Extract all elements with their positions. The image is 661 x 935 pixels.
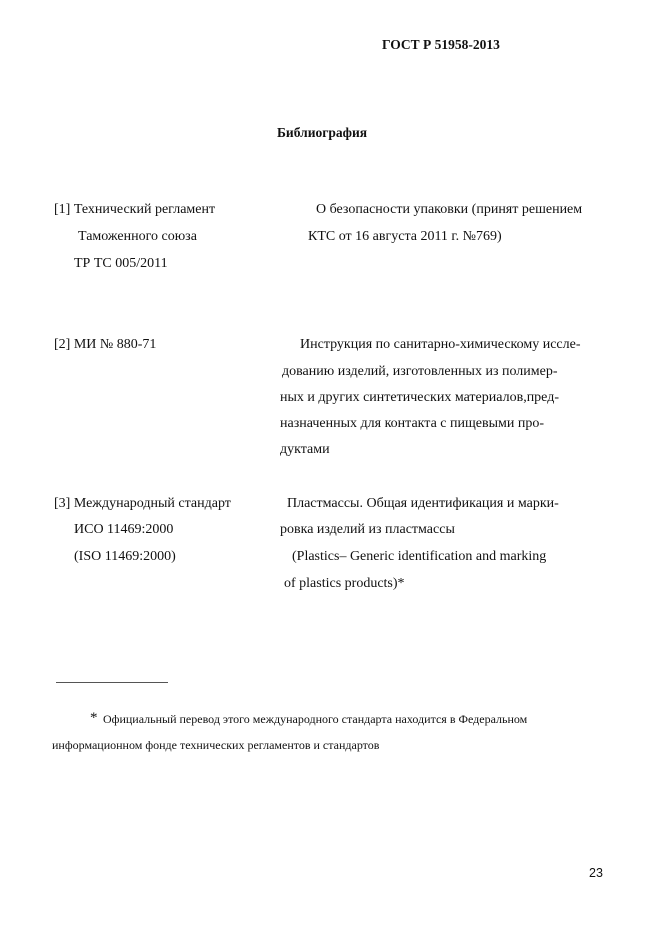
page-number: 23 [589,866,603,880]
entry-1-title-line-2: Таможенного союза [78,224,197,250]
entry-1-desc-line-1: О безопасности упаковки (принят решением [316,197,582,223]
document-code: ГОСТ Р 51958-2013 [382,37,500,53]
entry-3-desc-line-4: of plastics products)* [284,571,405,597]
entry-3-title-line-1: [3] Международный стандарт [54,491,231,517]
entry-2-desc-line-2: дованию изделий, изготовленных из полиме… [282,359,558,385]
entry-3-desc-line-3: (Plastics– Generic identification and ma… [292,544,546,570]
entry-3-title-line-3: (ISO 11469:2000) [74,544,176,570]
entry-3-desc-line-1: Пластмассы. Общая идентификация и марки- [287,491,559,517]
entry-2-desc-line-5: дуктами [280,437,330,463]
entry-1-title-line-3: ТР ТС 005/2011 [74,251,168,277]
entry-2-title-line-1: [2] МИ № 880-71 [54,332,156,358]
entry-1-desc-line-2: КТС от 16 августа 2011 г. №769) [308,224,502,250]
page-title: Библиография [277,125,367,141]
entry-2-desc-line-1: Инструкция по санитарно-химическому иссл… [300,332,581,358]
footnote-marker: * [90,710,98,727]
entry-3-desc-line-2: ровка изделий из пластмассы [280,517,455,543]
footnote-separator [56,682,168,683]
entry-2-desc-line-4: назначенных для контакта с пищевыми про- [280,411,544,437]
entry-2-desc-line-3: ных и других синтетических материалов,пр… [280,385,559,411]
entry-3-title-line-2: ИСО 11469:2000 [74,517,173,543]
footnote-line-1: Официальный перевод этого международного… [103,712,527,727]
footnote-line-2: информационном фонде технических регламе… [52,738,379,753]
entry-1-title-line-1: [1] Технический регламент [54,197,215,223]
